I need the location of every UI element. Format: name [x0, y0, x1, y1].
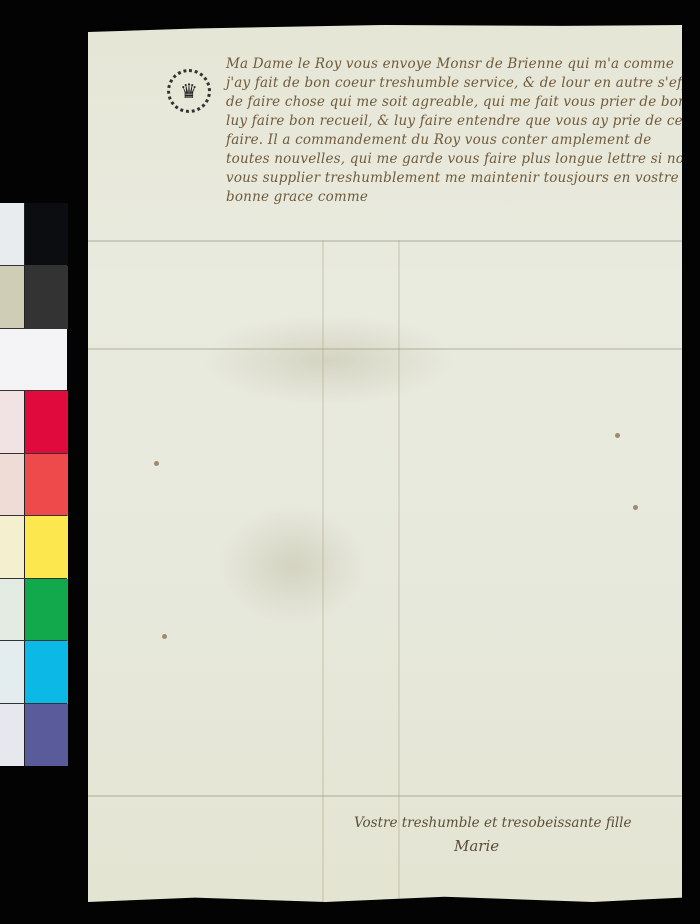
swatch-light [0, 641, 24, 703]
color-swatch [0, 578, 67, 641]
color-swatch [0, 390, 67, 453]
signature: Marie [454, 837, 631, 855]
fold-line [88, 795, 682, 797]
color-swatch [0, 515, 67, 578]
crown-stamp-icon: ♛ [167, 69, 211, 113]
swatch-dark [24, 454, 68, 516]
fold-line [88, 240, 682, 242]
foxing-spot [154, 461, 159, 466]
swatch-light [0, 516, 24, 578]
foxing-spot [162, 634, 167, 639]
swatch-dark [24, 579, 68, 641]
color-swatch [0, 703, 67, 766]
swatch-light [0, 454, 24, 516]
water-stain [218, 505, 368, 625]
letter-line: Ma Dame le Roy vous envoye Monsr de Brie… [226, 55, 671, 74]
color-swatch [0, 640, 67, 703]
letter-line: j'ay fait de bon coeur treshumble servic… [226, 74, 671, 93]
letter-line: vous supplier treshumblement me mainteni… [226, 169, 671, 188]
color-swatch [0, 328, 67, 391]
swatch-dark [24, 391, 68, 453]
color-swatch [0, 203, 67, 265]
letter-line: faire. Il a commandement du Roy vous con… [226, 131, 671, 150]
swatch-light [0, 579, 24, 641]
swatch-light [0, 203, 24, 265]
letter-line: luy faire bon recueil, & luy faire enten… [226, 112, 671, 131]
color-swatch [0, 453, 67, 516]
swatch-light [0, 391, 24, 453]
water-stain [198, 315, 458, 405]
color-swatch [0, 265, 67, 328]
letter-line: toutes nouvelles, qui me garde vous fair… [226, 150, 671, 169]
swatch-dark [24, 704, 68, 766]
crown-icon: ♛ [180, 81, 198, 101]
closing-line: Vostre treshumble et tresobeissante fill… [354, 815, 631, 831]
swatch-dark [24, 266, 68, 328]
swatch-dark [24, 516, 68, 578]
manuscript-letter: ♛ Ma Dame le Roy vous envoye Monsr de Br… [88, 25, 682, 902]
foxing-spot [615, 433, 620, 438]
swatch-light [0, 704, 24, 766]
signature-block: Vostre treshumble et tresobeissante fill… [354, 815, 631, 855]
letter-body: Ma Dame le Roy vous envoye Monsr de Brie… [226, 55, 671, 207]
color-calibration-strip [0, 203, 67, 765]
swatch-light [0, 266, 24, 328]
foxing-spot [633, 505, 638, 510]
letter-line: de faire chose qui me soit agreable, qui… [226, 93, 671, 112]
swatch-dark [24, 641, 68, 703]
swatch-light [0, 329, 67, 391]
letter-line: bonne grace comme [226, 188, 671, 207]
swatch-dark [24, 203, 68, 265]
